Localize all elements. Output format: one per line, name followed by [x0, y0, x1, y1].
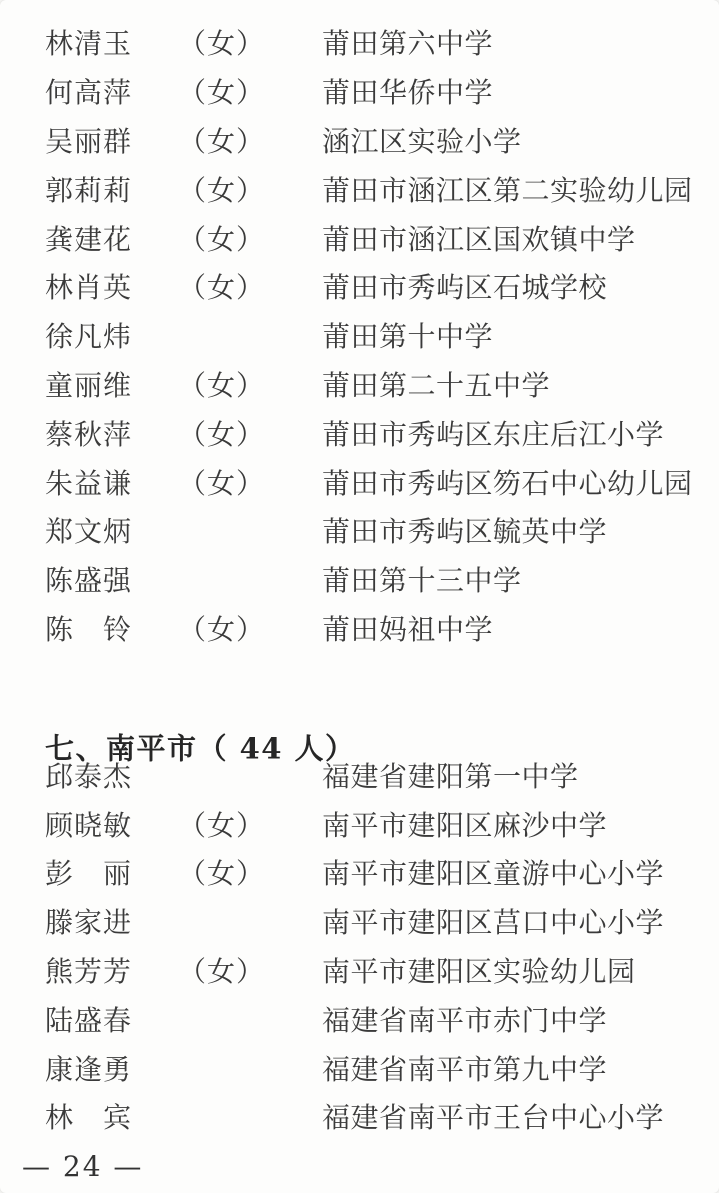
- school-name: 福建省建阳第一中学: [322, 763, 579, 791]
- gender-label: （女）: [178, 616, 265, 644]
- school-name: 莆田第十中学: [322, 323, 493, 351]
- person-name: 林清玉: [45, 30, 135, 58]
- person-name: 林肖英: [45, 274, 135, 302]
- school-name: 莆田市秀屿区笏石中心幼儿园: [322, 470, 693, 498]
- gender-label: （女）: [178, 177, 265, 205]
- gender-label: （女）: [178, 128, 265, 156]
- gender-label: （女）: [178, 470, 265, 498]
- school-name: 莆田市秀屿区石城学校: [322, 274, 607, 302]
- gender-label: （女）: [178, 274, 265, 302]
- list-item: 陆盛春 福建省南平市赤门中学: [0, 996, 719, 1045]
- gender-label: （女）: [178, 421, 265, 449]
- list-item: 陈盛强 莆田第十三中学: [0, 557, 719, 606]
- person-name: 彭 丽: [45, 860, 135, 888]
- list-item: 朱益谦 （女） 莆田市秀屿区笏石中心幼儿园: [0, 459, 719, 508]
- gender-label: （女）: [178, 812, 265, 840]
- school-name: 南平市建阳区实验幼儿园: [322, 958, 636, 986]
- person-name: 顾晓敏: [45, 812, 135, 840]
- page-number: — 24 —: [22, 1150, 143, 1183]
- list-item: 林 宾 福建省南平市王台中心小学: [0, 1094, 719, 1143]
- school-name: 莆田市秀屿区毓英中学: [322, 518, 607, 546]
- gender-label: （女）: [178, 226, 265, 254]
- list-item: 熊芳芳 （女） 南平市建阳区实验幼儿园: [0, 948, 719, 997]
- section-header: 七、南平市（ 44 人）: [0, 698, 719, 747]
- list-item: 何高萍 （女） 莆田华侨中学: [0, 69, 719, 118]
- person-name: 陈盛强: [45, 567, 135, 595]
- list-item: 林肖英 （女） 莆田市秀屿区石城学校: [0, 264, 719, 313]
- list-item: 郑文炳 莆田市秀屿区毓英中学: [0, 508, 719, 557]
- school-name: 南平市建阳区莒口中心小学: [322, 909, 664, 937]
- school-name: 南平市建阳区童游中心小学: [322, 860, 664, 888]
- list-item: 童丽维 （女） 莆田第二十五中学: [0, 362, 719, 411]
- list-item: 顾晓敏 （女） 南平市建阳区麻沙中学: [0, 801, 719, 850]
- section-nanping: 七、南平市（ 44 人） 邱泰杰 福建省建阳第一中学 顾晓敏 （女） 南平市建阳…: [0, 698, 719, 1142]
- school-name: 莆田妈祖中学: [322, 616, 493, 644]
- list-item: 邱泰杰 福建省建阳第一中学: [0, 752, 719, 801]
- nanping-entry-list: 邱泰杰 福建省建阳第一中学 顾晓敏 （女） 南平市建阳区麻沙中学 彭 丽 （女）…: [0, 752, 719, 1142]
- document-page: 林清玉 （女） 莆田第六中学 何高萍 （女） 莆田华侨中学 吴丽群 （女） 涵江…: [0, 0, 719, 1193]
- person-name: 陆盛春: [45, 1007, 135, 1035]
- school-name: 莆田第六中学: [322, 30, 493, 58]
- person-name: 郑文炳: [45, 518, 135, 546]
- person-name: 陈 铃: [45, 616, 135, 644]
- section-putian-list: 林清玉 （女） 莆田第六中学 何高萍 （女） 莆田华侨中学 吴丽群 （女） 涵江…: [0, 0, 719, 654]
- list-item: 彭 丽 （女） 南平市建阳区童游中心小学: [0, 850, 719, 899]
- person-name: 林 宾: [45, 1104, 135, 1132]
- person-name: 龚建花: [45, 226, 135, 254]
- list-item: 吴丽群 （女） 涵江区实验小学: [0, 118, 719, 167]
- putian-entry-list: 林清玉 （女） 莆田第六中学 何高萍 （女） 莆田华侨中学 吴丽群 （女） 涵江…: [0, 0, 719, 654]
- person-name: 童丽维: [45, 372, 135, 400]
- person-name: 康逢勇: [45, 1056, 135, 1084]
- person-name: 何高萍: [45, 79, 135, 107]
- person-name: 吴丽群: [45, 128, 135, 156]
- person-name: 徐凡炜: [45, 323, 135, 351]
- school-name: 福建省南平市第九中学: [322, 1056, 607, 1084]
- list-item: 康逢勇 福建省南平市第九中学: [0, 1045, 719, 1094]
- person-name: 邱泰杰: [45, 763, 135, 791]
- list-item: 陈 铃 （女） 莆田妈祖中学: [0, 606, 719, 655]
- school-name: 福建省南平市王台中心小学: [322, 1104, 664, 1132]
- gender-label: （女）: [178, 860, 265, 888]
- school-name: 莆田市涵江区第二实验幼儿园: [322, 177, 693, 205]
- school-name: 莆田第二十五中学: [322, 372, 550, 400]
- gender-label: （女）: [178, 30, 265, 58]
- gender-label: （女）: [178, 958, 265, 986]
- gender-label: （女）: [178, 79, 265, 107]
- list-item: 龚建花 （女） 莆田市涵江区国欢镇中学: [0, 215, 719, 264]
- school-name: 涵江区实验小学: [322, 128, 522, 156]
- school-name: 莆田市秀屿区东庄后江小学: [322, 421, 664, 449]
- list-item: 林清玉 （女） 莆田第六中学: [0, 20, 719, 69]
- person-name: 蔡秋萍: [45, 421, 135, 449]
- person-name: 熊芳芳: [45, 958, 135, 986]
- list-item: 滕家进 南平市建阳区莒口中心小学: [0, 899, 719, 948]
- gender-label: （女）: [178, 372, 265, 400]
- school-name: 莆田市涵江区国欢镇中学: [322, 226, 636, 254]
- school-name: 南平市建阳区麻沙中学: [322, 812, 607, 840]
- person-name: 郭莉莉: [45, 177, 135, 205]
- person-name: 滕家进: [45, 909, 135, 937]
- school-name: 莆田第十三中学: [322, 567, 522, 595]
- list-item: 蔡秋萍 （女） 莆田市秀屿区东庄后江小学: [0, 410, 719, 459]
- list-item: 徐凡炜 莆田第十中学: [0, 313, 719, 362]
- school-name: 莆田华侨中学: [322, 79, 493, 107]
- list-item: 郭莉莉 （女） 莆田市涵江区第二实验幼儿园: [0, 166, 719, 215]
- school-name: 福建省南平市赤门中学: [322, 1007, 607, 1035]
- person-name: 朱益谦: [45, 470, 135, 498]
